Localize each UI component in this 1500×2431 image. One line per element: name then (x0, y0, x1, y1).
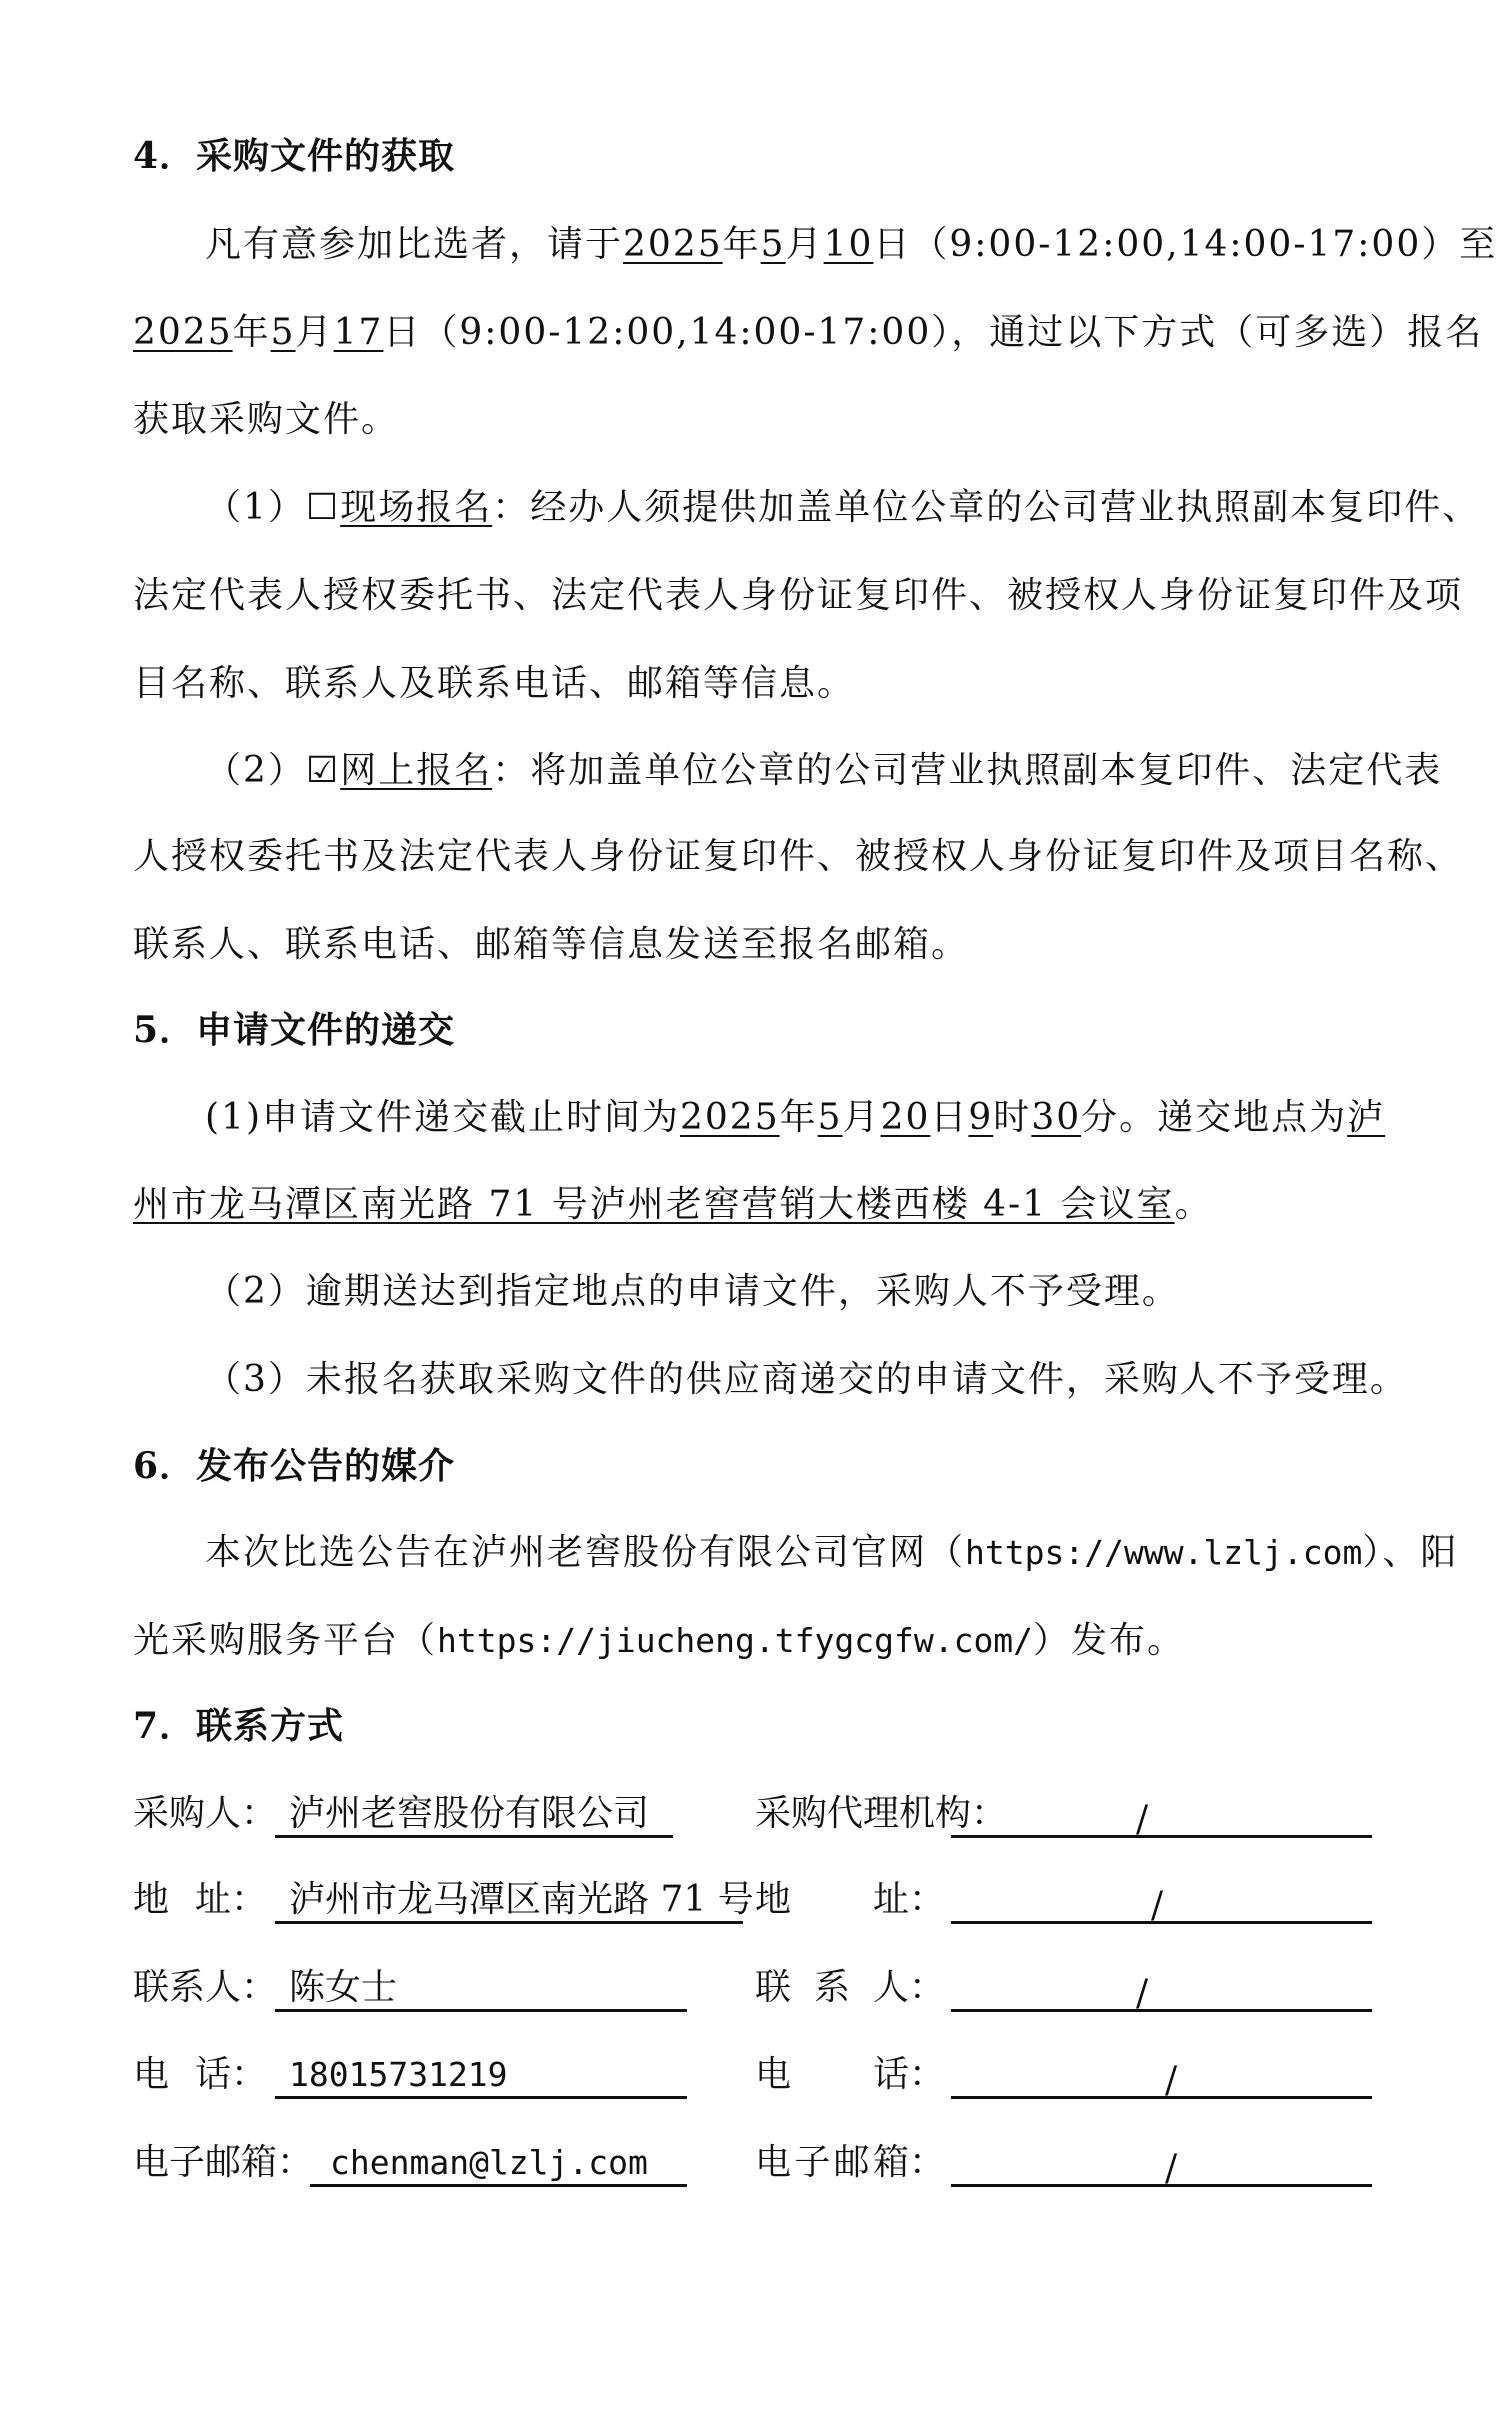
submission-location-line-2: 州市龙马潭区南光路 71 号泸州老窖营销大楼西楼 4-1 会议室。 (133, 1181, 1368, 1229)
empty-value: / (1136, 1970, 1148, 2018)
text: ： (492, 487, 530, 528)
text: 月 (296, 312, 334, 353)
text: 日（9:00-12:00,14:00-17:00），通过以下方式（可多选）报名 (383, 312, 1483, 353)
text: ： (492, 750, 530, 791)
purchaser-contact-person-label: 联系人： (133, 1964, 277, 2012)
section-7-heading: 7．联系方式 (133, 1702, 1368, 1750)
purchaser-email-label: 电子邮箱： (133, 2139, 313, 2187)
text: 凡有意参加比选者，请于 (205, 224, 623, 265)
option-online-line-2: 人授权委托书及法定代表人身份证复印件、被授权人身份证复印件及项目名称、 (133, 833, 1368, 881)
purchaser-address-label: 地址： (133, 1876, 267, 1924)
submission-location: 州市龙马潭区南光路 71 号泸州老窖营销大楼西楼 4-1 会议室 (133, 1184, 1175, 1225)
text: 电 (755, 2051, 791, 2099)
text: 月 (786, 224, 824, 265)
option-label: 网上报名 (340, 750, 492, 791)
publication-media-line-1: 本次比选公告在泸州老窖股份有限公司官网（https://www.lzlj.com… (133, 1529, 1440, 1577)
deadline-month: 5 (818, 1097, 843, 1138)
text: ）发布。 (1033, 1620, 1185, 1661)
section-5-heading: 5．申请文件的递交 (133, 1006, 1368, 1054)
text: 时 (993, 1097, 1031, 1138)
agency-contact-person-field: / (951, 1964, 1372, 2012)
end-day: 17 (334, 312, 384, 353)
deadline-hour: 9 (968, 1097, 993, 1138)
empty-value: / (1165, 2145, 1177, 2193)
option-onsite-line-2: 法定代表人授权委托书、法定代表人身份证复印件、被授权人身份证复印件及项 (133, 572, 1368, 620)
text: 地 (133, 1876, 169, 1924)
option-onsite-registration: （1）☐现场报名：经办人须提供加盖单位公章的公司营业执照副本复印件、 (133, 484, 1440, 532)
text: 电 (133, 2051, 169, 2099)
text: 年 (780, 1097, 818, 1138)
onsite-registration-label: ☐现场报名 (306, 487, 492, 528)
unchecked-checkbox-icon[interactable]: ☐ (306, 484, 340, 532)
text: 。 (1175, 1184, 1213, 1225)
end-year: 2025 (133, 312, 233, 353)
empty-value: / (1165, 2057, 1177, 2105)
agency-phone-field: / (951, 2051, 1372, 2099)
text: 址： (195, 1876, 267, 1924)
text: 将加盖单位公章的公司营业执照副本复印件、法定代表 (530, 750, 1442, 791)
text: 日 (930, 1097, 968, 1138)
option-number: （1） (205, 487, 306, 528)
agency-name-field: / (951, 1790, 1372, 1838)
purchaser-phone-label: 电话： (133, 2051, 267, 2099)
text: 光采购服务平台（ (133, 1620, 437, 1661)
text: 箱： (873, 2139, 945, 2187)
text: (1)申请文件递交截止时间为 (205, 1097, 680, 1138)
checked-checkbox-icon[interactable]: ☑ (306, 747, 340, 795)
text: 址： (873, 1876, 945, 1924)
section-4-heading: 4．采购文件的获取 (133, 132, 1368, 180)
text: 邮 (834, 2139, 870, 2187)
text: 地 (755, 1876, 791, 1924)
online-registration-label: ☑网上报名 (306, 750, 492, 791)
empty-value: / (1136, 1796, 1148, 1844)
section-4-intro-line-2: 2025年5月17日（9:00-12:00,14:00-17:00），通过以下方… (133, 309, 1368, 357)
text: 电 (755, 2139, 791, 2187)
end-month: 5 (271, 312, 296, 353)
option-label: 现场报名 (340, 487, 492, 528)
document-page: 4．采购文件的获取 凡有意参加比选者，请于2025年5月10日（9:00-12:… (0, 0, 1500, 2431)
submission-deadline-line-1: (1)申请文件递交截止时间为2025年5月20日9时30分。递交地点为泸 (133, 1094, 1440, 1142)
section-4-intro-line-3: 获取采购文件。 (133, 396, 1368, 444)
text: 话： (873, 2051, 945, 2099)
agency-address-label: 地址： (755, 1876, 945, 1924)
purchaser-email-field: chenman@lzlj.com (310, 2139, 687, 2187)
purchaser-address-field: 泸州市龙马潭区南光路 71 号 (275, 1876, 743, 1924)
unregistered-submission-rule: （3）未报名获取采购文件的供应商递交的申请文件，采购人不予受理。 (133, 1356, 1440, 1404)
text: 系 (814, 1964, 850, 2012)
purchaser-label: 采购人： (133, 1790, 277, 1838)
deadline-day: 20 (881, 1097, 931, 1138)
empty-value: / (1151, 1882, 1163, 1930)
text: 月 (843, 1097, 881, 1138)
agency-email-label: 电子邮箱： (755, 2139, 945, 2187)
publication-media-line-2: 光采购服务平台（https://jiucheng.tfygcgfw.com/）发… (133, 1617, 1368, 1665)
text: 年 (233, 312, 271, 353)
purchaser-contact-person-field: 陈女士 (275, 1964, 687, 2012)
option-online-line-3: 联系人、联系电话、邮箱等信息发送至报名邮箱。 (133, 921, 1368, 969)
option-online-registration: （2）☑网上报名：将加盖单位公章的公司营业执照副本复印件、法定代表 (133, 747, 1440, 795)
text: 子 (794, 2139, 830, 2187)
lzlj-website-link[interactable]: https://www.lzlj.com (965, 1533, 1362, 1572)
submission-location: 泸 (1347, 1097, 1385, 1138)
agency-email-field: / (951, 2139, 1372, 2187)
text: 分。递交地点为 (1081, 1097, 1347, 1138)
start-month: 5 (761, 224, 786, 265)
text: 年 (723, 224, 761, 265)
text: 话： (195, 2051, 267, 2099)
text: 日（9:00-12:00,14:00-17:00）至 (873, 224, 1497, 265)
procurement-platform-link[interactable]: https://jiucheng.tfygcgfw.com/ (437, 1621, 1033, 1660)
agency-phone-label: 电话： (755, 2051, 945, 2099)
start-year: 2025 (623, 224, 723, 265)
section-4-intro-line-1: 凡有意参加比选者，请于2025年5月10日（9:00-12:00,14:00-1… (133, 221, 1440, 269)
purchaser-name-field: 泸州老窖股份有限公司 (275, 1790, 673, 1838)
agency-address-field: / (951, 1876, 1372, 1924)
text: 本次比选公告在泸州老窖股份有限公司官网（ (205, 1532, 965, 1573)
agency-contact-person-label: 联系人： (755, 1964, 945, 2012)
purchaser-phone-field: 18015731219 (275, 2051, 687, 2099)
text: 经办人须提供加盖单位公章的公司营业执照副本复印件、 (530, 487, 1480, 528)
text: 人： (873, 1964, 945, 2012)
option-number: （2） (205, 750, 306, 791)
text: ）、阳 (1362, 1532, 1458, 1573)
deadline-year: 2025 (680, 1097, 780, 1138)
text: 联 (755, 1964, 791, 2012)
option-onsite-line-3: 目名称、联系人及联系电话、邮箱等信息。 (133, 660, 1368, 708)
deadline-minute: 30 (1031, 1097, 1081, 1138)
late-submission-rule: （2）逾期送达到指定地点的申请文件，采购人不予受理。 (133, 1268, 1440, 1316)
start-day: 10 (824, 224, 874, 265)
section-6-heading: 6．发布公告的媒介 (133, 1442, 1368, 1490)
